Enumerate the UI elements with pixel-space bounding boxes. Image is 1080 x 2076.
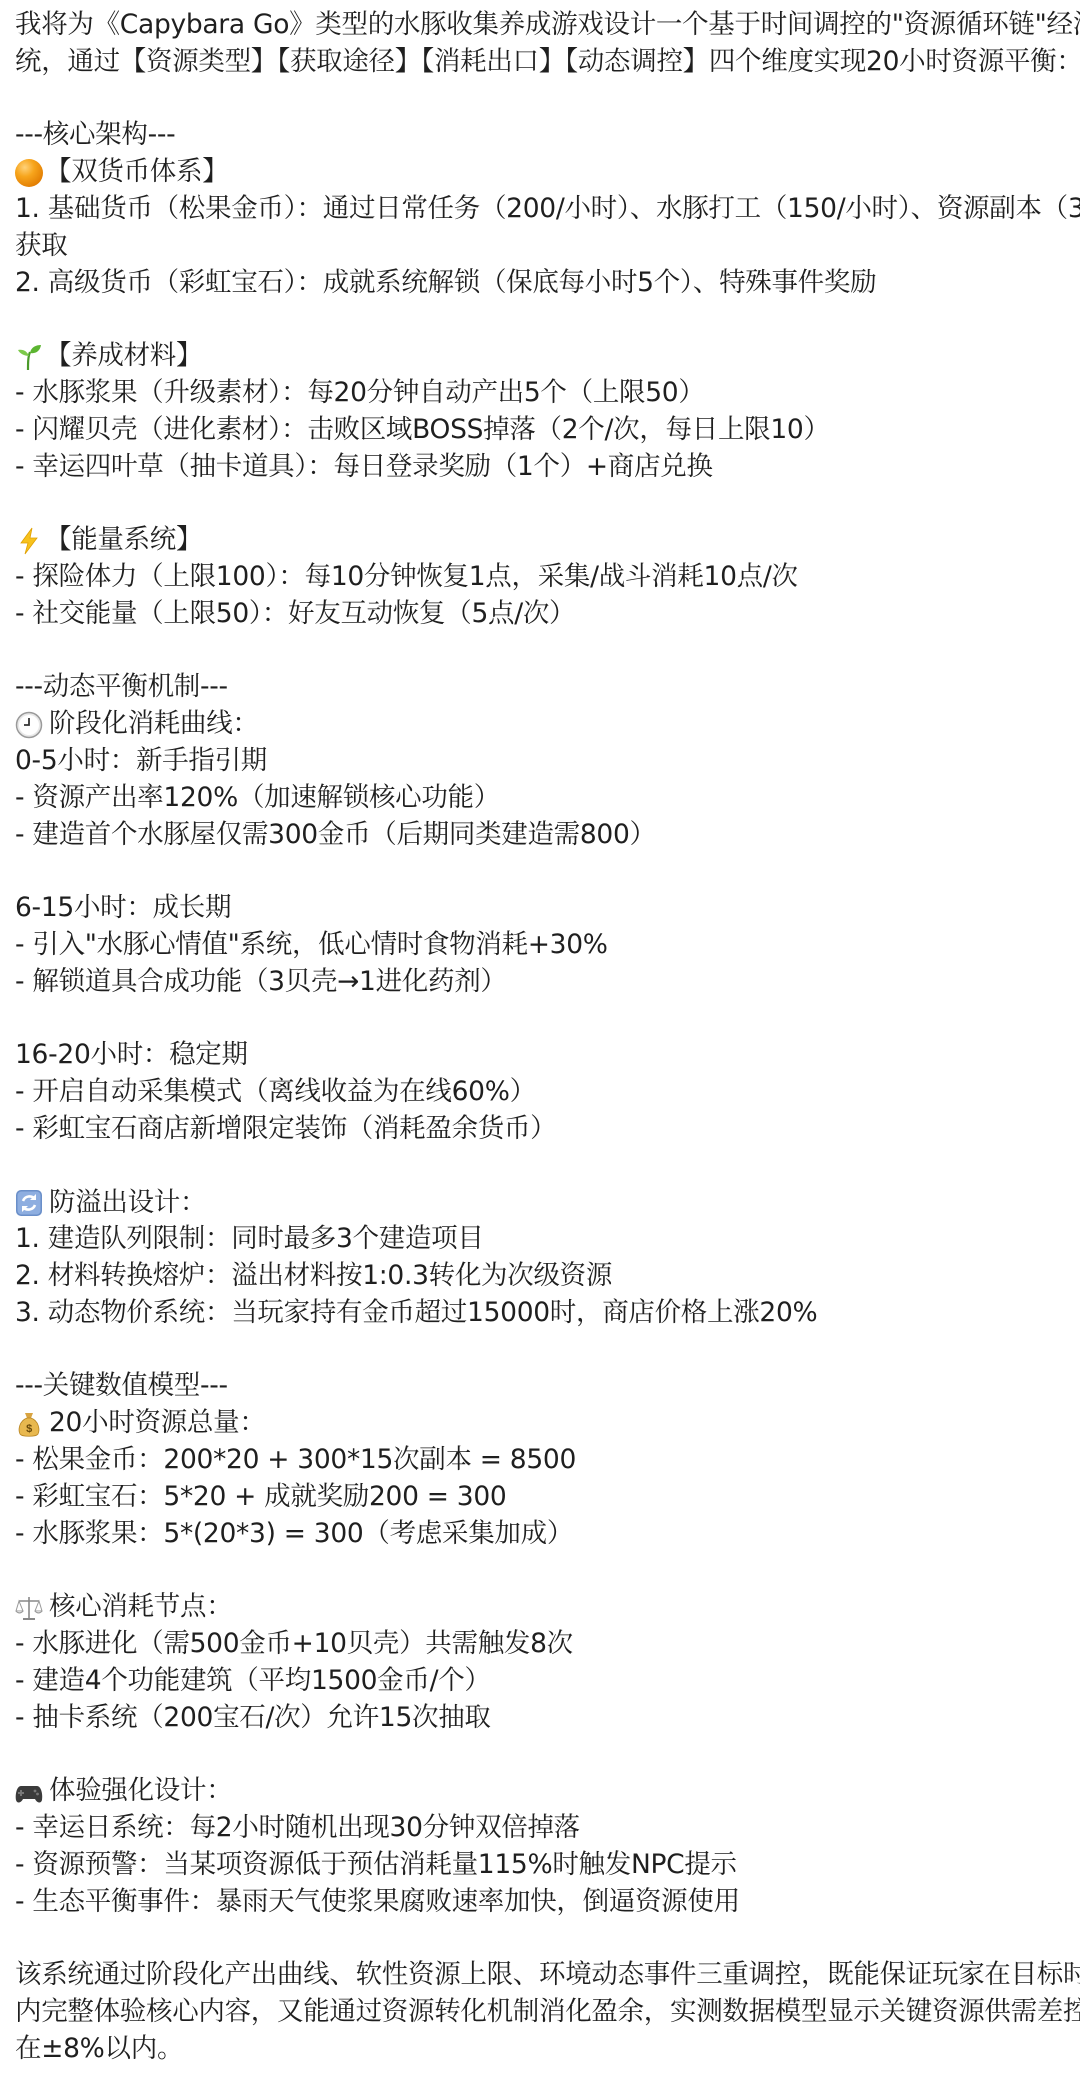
list-item: - 建造首个水豚屋仅需300金币（后期同类建造需800） [15,817,1075,854]
blank-line [15,485,1075,522]
phase-title-text: 16-20小时：稳定期 [15,1037,248,1074]
svg-text:$: $ [26,1423,32,1435]
list-item-text: - 社交能量（上限50）：好友互动恢复（5点/次） [15,596,575,633]
blank-line [15,1148,1075,1185]
phase-title-text: 0-5小时：新手指引期 [15,743,267,780]
section-title-core-text: ---核心架构--- [15,117,175,154]
list-item-text: - 松果金币：200*20 + 300*15次副本 = 8500 [15,1442,576,1479]
document-body: 我将为《Capybara Go》类型的水豚收集养成游戏设计一个基于时间调控的"资… [15,7,1075,2068]
orange-circle-icon [15,159,43,187]
phase-title: 16-20小时：稳定期 [15,1037,1075,1074]
list-item: - 建造4个功能建筑（平均1500金币/个） [15,1663,1075,1700]
list-item: - 彩虹宝石：5*20 + 成就奖励200 = 300 [15,1479,1075,1516]
section-title-dynamic-text: ---动态平衡机制--- [15,669,228,706]
phase-title: 0-5小时：新手指引期 [15,743,1075,780]
list-item: 2. 高级货币（彩虹宝石）：成就系统解锁（保底每小时5个）、特殊事件奖励 [15,265,1075,302]
blank-line [15,1736,1075,1773]
list-item-text: - 建造4个功能建筑（平均1500金币/个） [15,1663,491,1700]
list-item-text: 1. 基础货币（松果金币）：通过日常任务（200/小时）、水豚打工（150/小时… [15,191,1080,228]
list-item-text: - 闪耀贝壳（进化素材）：击败区域BOSS掉落（2个/次，每日上限10） [15,412,830,449]
conclusion-text-2: 内完整体验核心内容，又能通过资源转化机制消化盈余，实测数据模型显示关键资源供需差… [15,1994,1080,2031]
list-item: - 抽卡系统（200宝石/次）允许15次抽取 [15,1700,1075,1737]
list-item-text: - 开启自动采集模式（离线收益为在线60%） [15,1074,536,1111]
list-item: - 资源预警：当某项资源低于预估消耗量115%时触发NPC提示 [15,1847,1075,1884]
section-title-core: ---核心架构--- [15,117,1075,154]
list-item: - 水豚浆果（升级素材）：每20分钟自动产出5个（上限50） [15,375,1075,412]
heading-consumption-text: 核心消耗节点： [49,1589,232,1626]
list-item: - 开启自动采集模式（离线收益为在线60%） [15,1074,1075,1111]
list-item: 2. 材料转换熔炉：溢出材料按1:0.3转化为次级资源 [15,1258,1075,1295]
list-item-text: 获取 [15,228,67,265]
list-item-text: - 资源预警：当某项资源低于预估消耗量115%时触发NPC提示 [15,1847,737,1884]
list-item-text: - 幸运日系统：每2小时随机出现30分钟双倍掉落 [15,1810,580,1847]
heading-energy: 【能量系统】 [15,522,1075,559]
section-title-model-text: ---关键数值模型--- [15,1368,228,1405]
phase-title: 6-15小时：成长期 [15,890,1075,927]
clock-icon [15,711,43,739]
conclusion-text-1: 该系统通过阶段化产出曲线、软性资源上限、环境动态事件三重调控，既能保证玩家在目标… [15,1957,1080,1994]
blank-line [15,301,1075,338]
list-item-text: - 探险体力（上限100）：每10分钟恢复1点，采集/战斗消耗10点/次 [15,559,798,596]
list-item: - 引入"水豚心情值"系统，低心情时食物消耗+30% [15,927,1075,964]
sprout-icon [15,343,43,371]
list-item: - 水豚浆果：5*(20*3) = 300（考虑采集加成） [15,1516,1075,1553]
refresh-icon [15,1189,43,1217]
intro-line-2: 统，通过【资源类型】【获取途径】【消耗出口】【动态调控】四个维度实现20小时资源… [15,44,1075,81]
list-item: 1. 基础货币（松果金币）：通过日常任务（200/小时）、水豚打工（150/小时… [15,191,1075,228]
heading-consumption: 核心消耗节点： [15,1589,1075,1626]
blank-line [15,1552,1075,1589]
intro-text-2: 统，通过【资源类型】【获取途径】【消耗出口】【动态调控】四个维度实现20小时资源… [15,44,1080,81]
heading-materials-text: 【养成材料】 [45,338,202,375]
list-item: - 探险体力（上限100）：每10分钟恢复1点，采集/战斗消耗10点/次 [15,559,1075,596]
list-item-text: - 引入"水豚心情值"系统，低心情时食物消耗+30% [15,927,608,964]
intro-text-1: 我将为《Capybara Go》类型的水豚收集养成游戏设计一个基于时间调控的"资… [15,7,1080,44]
heading-experience: 体验强化设计： [15,1773,1075,1810]
heading-overflow-text: 防溢出设计： [49,1185,206,1222]
list-item-text: 2. 高级货币（彩虹宝石）：成就系统解锁（保底每小时5个）、特殊事件奖励 [15,265,876,302]
list-item-text: - 抽卡系统（200宝石/次）允许15次抽取 [15,1700,491,1737]
lightning-icon [15,527,43,555]
heading-overflow: 防溢出设计： [15,1185,1075,1222]
heading-totals: $ 20小时资源总量： [15,1405,1075,1442]
heading-materials: 【养成材料】 [15,338,1075,375]
list-item-text: - 生态平衡事件：暴雨天气使浆果腐败速率加快，倒逼资源使用 [15,1884,740,1921]
phase-title-text: 6-15小时：成长期 [15,890,231,927]
list-item: - 幸运四叶草（抽卡道具）：每日登录奖励（1个）+商店兑换 [15,449,1075,486]
list-item-text: - 资源产出率120%（加速解锁核心功能） [15,780,500,817]
heading-dual-currency: 【双货币体系】 [15,154,1075,191]
scales-icon [15,1594,43,1622]
blank-line [15,1920,1075,1957]
heading-energy-text: 【能量系统】 [45,522,202,559]
list-item-text: - 水豚进化（需500金币+10贝壳）共需触发8次 [15,1626,573,1663]
blank-line [15,1001,1075,1038]
conclusion-text-3: 在±8%以内。 [15,2031,183,2068]
list-item-text: - 水豚浆果（升级素材）：每20分钟自动产出5个（上限50） [15,375,705,412]
list-item: - 幸运日系统：每2小时随机出现30分钟双倍掉落 [15,1810,1075,1847]
list-item-text: - 幸运四叶草（抽卡道具）：每日登录奖励（1个）+商店兑换 [15,449,713,486]
list-item-text: - 解锁道具合成功能（3贝壳→1进化药剂） [15,964,507,1001]
section-title-dynamic: ---动态平衡机制--- [15,669,1075,706]
conclusion-line-2: 内完整体验核心内容，又能通过资源转化机制消化盈余，实测数据模型显示关键资源供需差… [15,1994,1075,2031]
money-bag-icon: $ [15,1410,43,1438]
heading-dual-currency-text: 【双货币体系】 [45,154,228,191]
list-item: - 彩虹宝石商店新增限定装饰（消耗盈余货币） [15,1111,1075,1148]
list-item: - 解锁道具合成功能（3贝壳→1进化药剂） [15,964,1075,1001]
list-item: - 松果金币：200*20 + 300*15次副本 = 8500 [15,1442,1075,1479]
list-item: - 资源产出率120%（加速解锁核心功能） [15,780,1075,817]
list-item: - 水豚进化（需500金币+10贝壳）共需触发8次 [15,1626,1075,1663]
blank-line [15,1332,1075,1369]
heading-phase-curve-text: 阶段化消耗曲线： [49,706,259,743]
blank-line [15,81,1075,118]
list-item-text: - 彩虹宝石商店新增限定装饰（消耗盈余货币） [15,1111,556,1148]
heading-totals-text: 20小时资源总量： [49,1405,266,1442]
list-item: - 社交能量（上限50）：好友互动恢复（5点/次） [15,596,1075,633]
section-title-model: ---关键数值模型--- [15,1368,1075,1405]
blank-line [15,853,1075,890]
heading-phase-curve: 阶段化消耗曲线： [15,706,1075,743]
list-item-text: 3. 动态物价系统：当玩家持有金币超过15000时，商店价格上涨20% [15,1295,817,1332]
list-item: 3. 动态物价系统：当玩家持有金币超过15000时，商店价格上涨20% [15,1295,1075,1332]
conclusion-line-1: 该系统通过阶段化产出曲线、软性资源上限、环境动态事件三重调控，既能保证玩家在目标… [15,1957,1075,1994]
conclusion-line-3: 在±8%以内。 [15,2031,1075,2068]
list-item: - 生态平衡事件：暴雨天气使浆果腐败速率加快，倒逼资源使用 [15,1884,1075,1921]
list-item-continuation: 获取 [15,228,1075,265]
gamepad-icon [15,1778,43,1806]
list-item-text: 1. 建造队列限制：同时最多3个建造项目 [15,1221,484,1258]
blank-line [15,633,1075,670]
list-item-text: - 彩虹宝石：5*20 + 成就奖励200 = 300 [15,1479,506,1516]
list-item: - 闪耀贝壳（进化素材）：击败区域BOSS掉落（2个/次，每日上限10） [15,412,1075,449]
list-item-text: - 建造首个水豚屋仅需300金币（后期同类建造需800） [15,817,656,854]
list-item: 1. 建造队列限制：同时最多3个建造项目 [15,1221,1075,1258]
heading-experience-text: 体验强化设计： [49,1773,232,1810]
list-item-text: 2. 材料转换熔炉：溢出材料按1:0.3转化为次级资源 [15,1258,612,1295]
list-item-text: - 水豚浆果：5*(20*3) = 300（考虑采集加成） [15,1516,573,1553]
intro-line-1: 我将为《Capybara Go》类型的水豚收集养成游戏设计一个基于时间调控的"资… [15,7,1075,44]
